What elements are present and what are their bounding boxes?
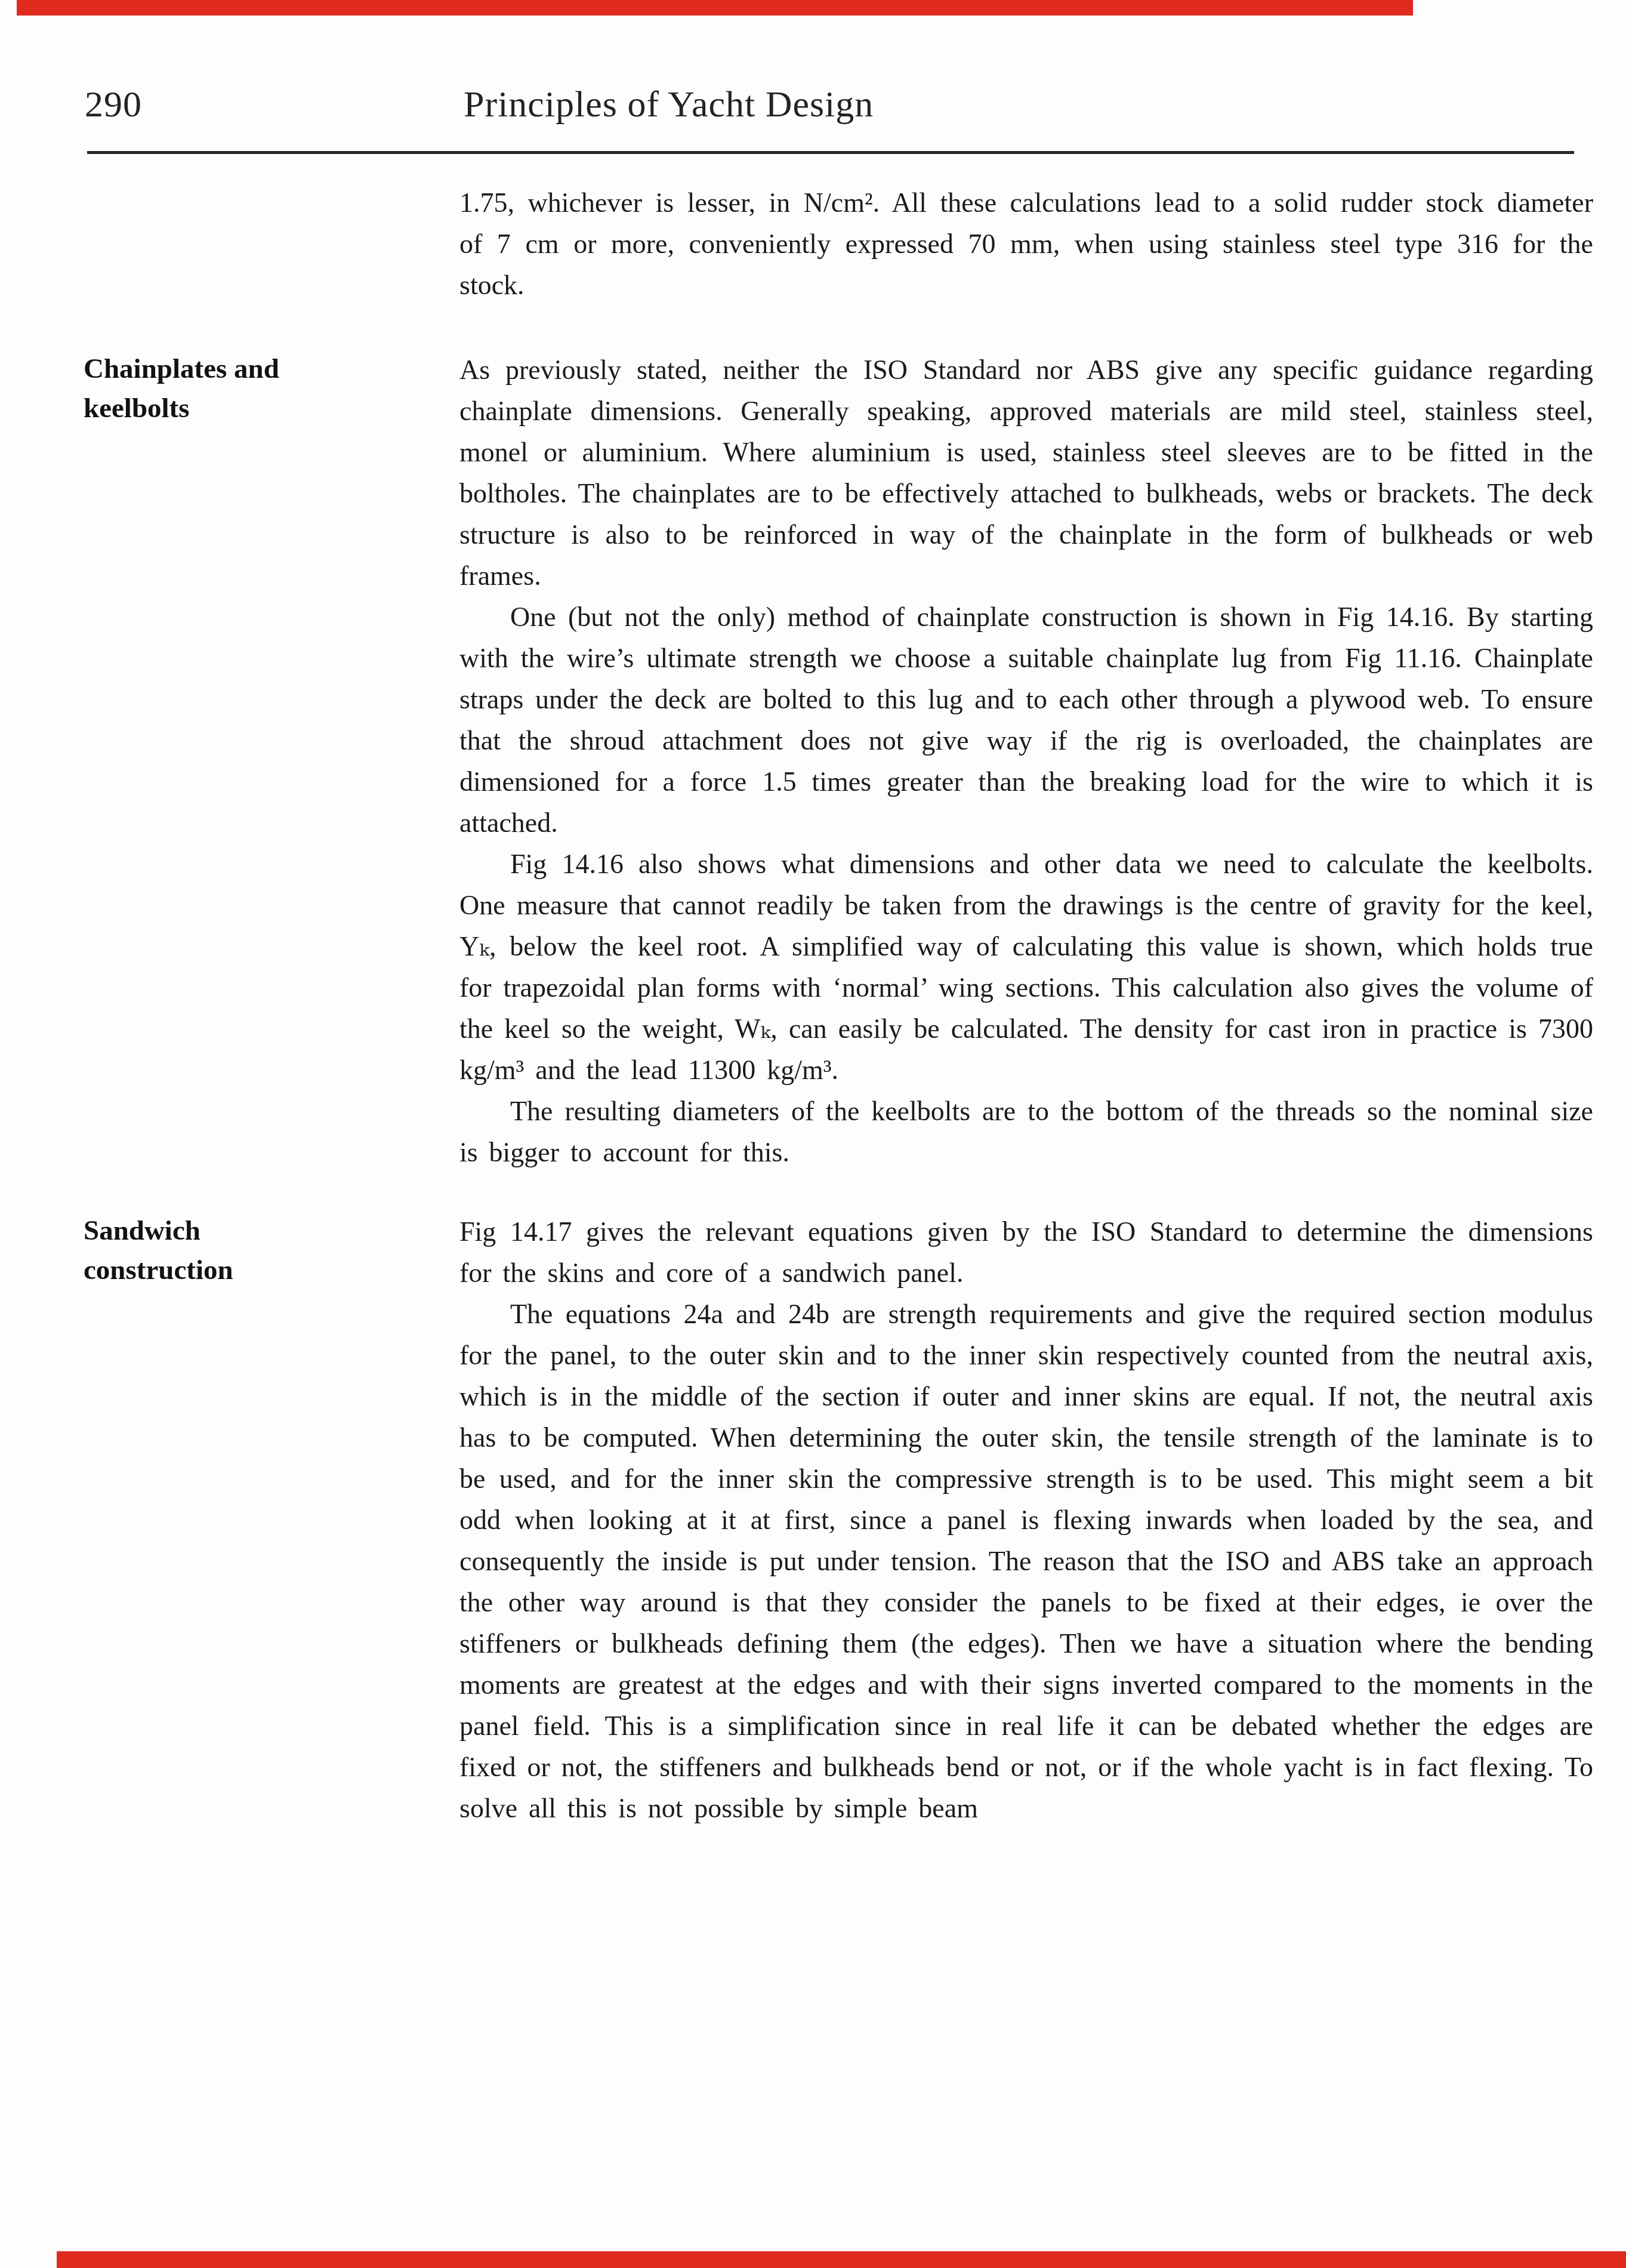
paragraph: As previously stated, neither the ISO St… bbox=[459, 349, 1593, 596]
section-intro: 1.75, whichever is lesser, in N/cm². All… bbox=[84, 182, 1593, 306]
section-chainplates-and-keelbolts: Chainplates and keelbolts As previously … bbox=[84, 349, 1593, 1173]
section-intro-body: 1.75, whichever is lesser, in N/cm². All… bbox=[459, 182, 1593, 306]
book-page: 290 Principles of Yacht Design 1.75, whi… bbox=[0, 0, 1626, 2268]
header-rule bbox=[87, 151, 1574, 154]
paragraph: Fig 14.16 also shows what dimensions and… bbox=[459, 843, 1593, 1090]
section-sandwich-body: Fig 14.17 gives the relevant equations g… bbox=[459, 1211, 1593, 1829]
running-title: Principles of Yacht Design bbox=[464, 84, 874, 126]
margin-label-sandwich-construction: Sandwich construction bbox=[84, 1211, 459, 1290]
page-content: 1.75, whichever is lesser, in N/cm². All… bbox=[84, 182, 1593, 1829]
paragraph: Fig 14.17 gives the relevant equations g… bbox=[459, 1211, 1593, 1293]
page-number: 290 bbox=[85, 84, 142, 126]
section-chainplates-body: As previously stated, neither the ISO St… bbox=[459, 349, 1593, 1173]
paragraph: One (but not the only) method of chainpl… bbox=[459, 596, 1593, 843]
paragraph: The resulting diameters of the keelbolts… bbox=[459, 1090, 1593, 1173]
margin-label-chainplates-and-keelbolts: Chainplates and keelbolts bbox=[84, 349, 459, 428]
paragraph: 1.75, whichever is lesser, in N/cm². All… bbox=[459, 182, 1593, 306]
scan-artifact-bottom-red-bar bbox=[57, 2251, 1626, 2268]
section-sandwich-construction: Sandwich construction Fig 14.17 gives th… bbox=[84, 1211, 1593, 1829]
paragraph: The equations 24a and 24b are strength r… bbox=[459, 1293, 1593, 1829]
scan-artifact-top-red-bar bbox=[17, 0, 1413, 16]
